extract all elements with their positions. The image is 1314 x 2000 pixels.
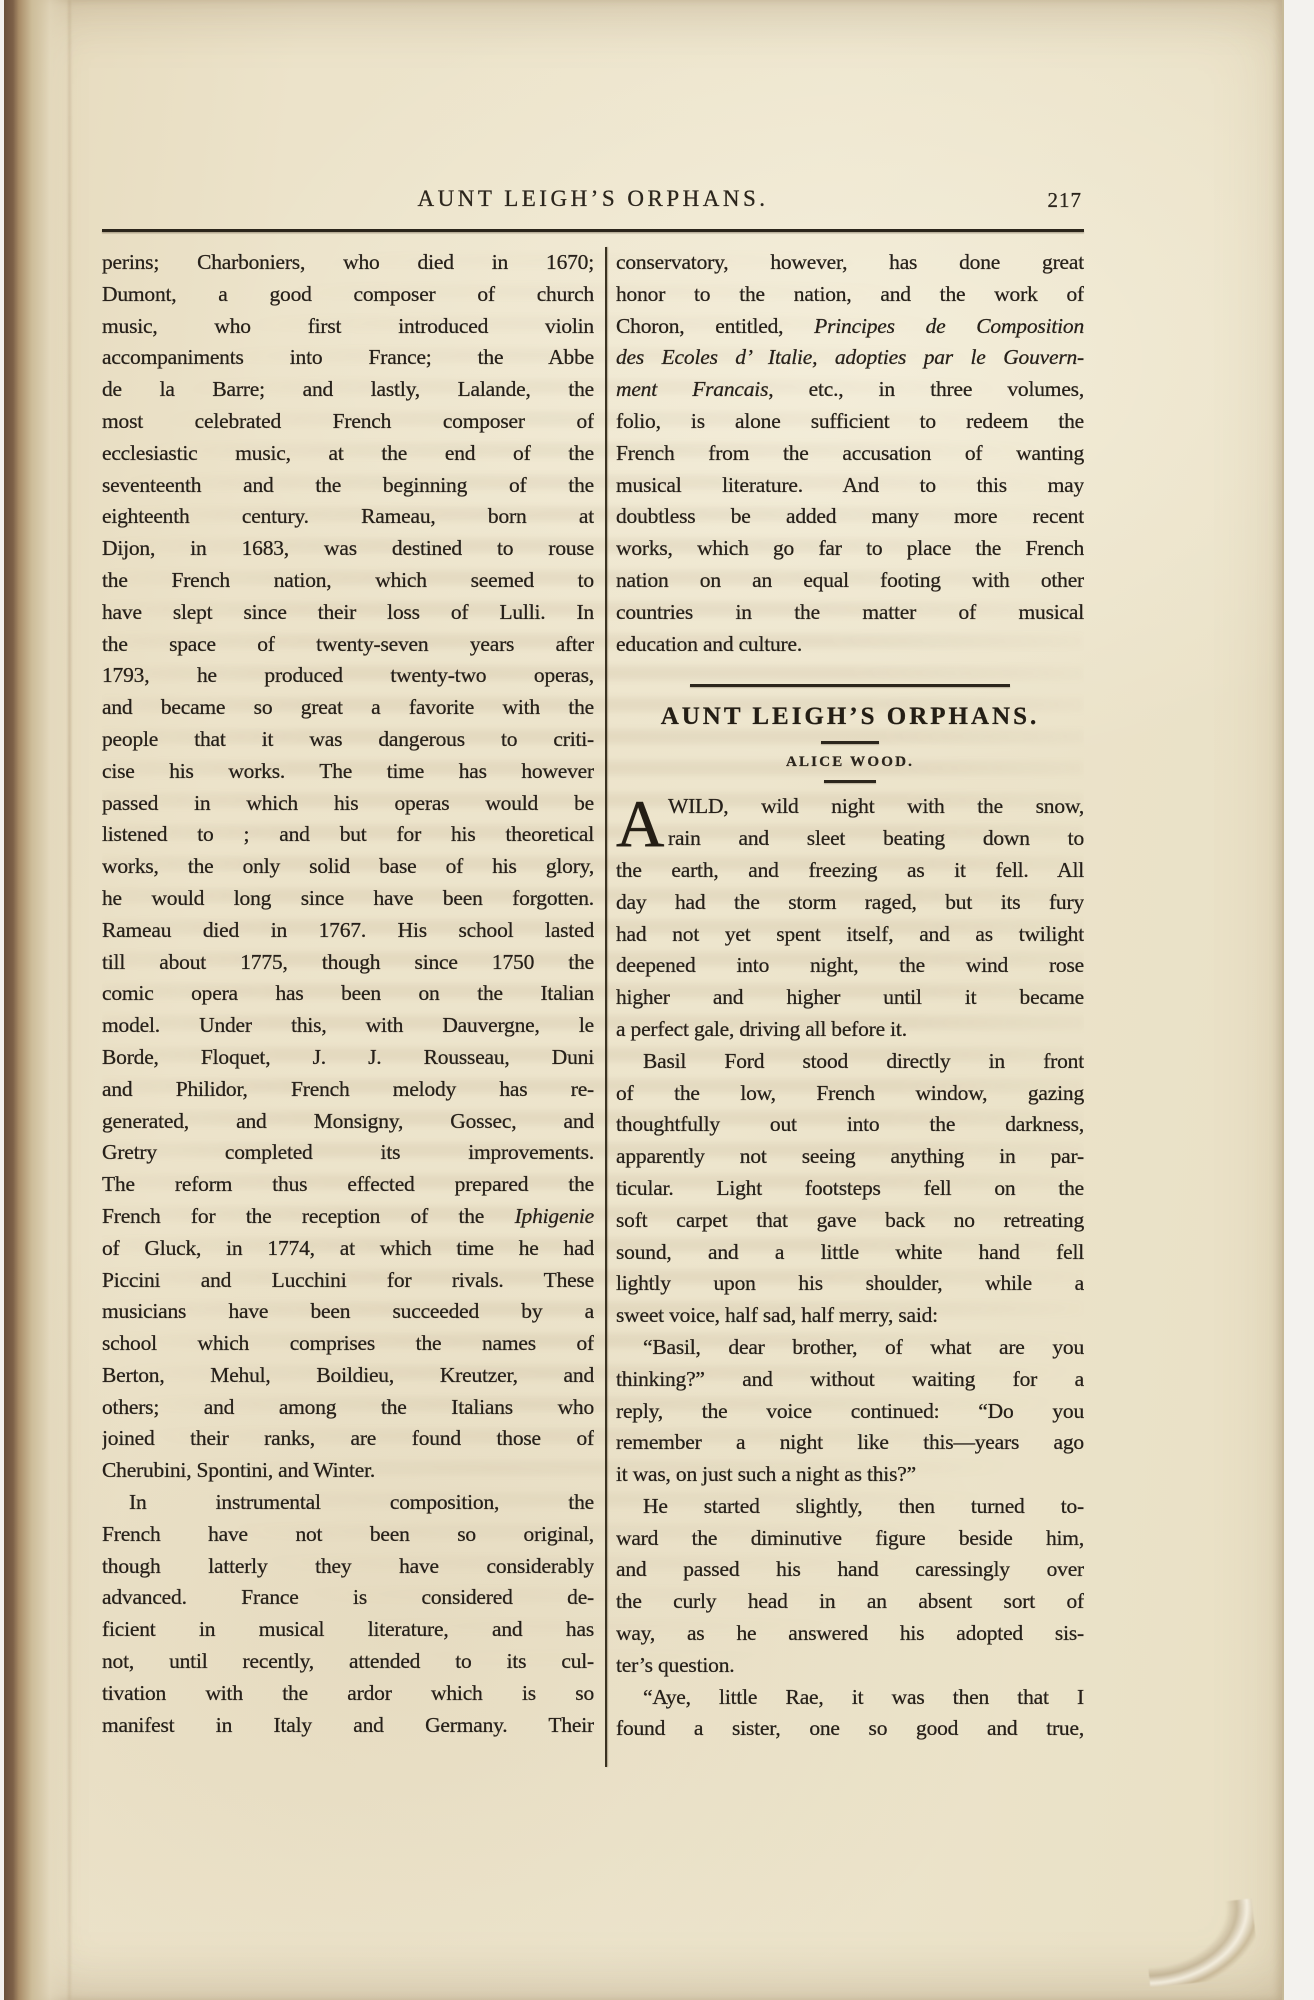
text-line: Berton, Mehul, Boildieu, Kreutzer, and — [102, 1360, 594, 1392]
text-run: perins; Charboniers, who died in 1670; — [102, 250, 594, 274]
text-run: comic opera has been on the Italian — [102, 981, 594, 1005]
text-line: joined their ranks, are found those of — [102, 1423, 594, 1455]
text-line: Cherubini, Spontini, and Winter. — [102, 1455, 594, 1487]
text-run: “Basil, dear brother, of what are you — [643, 1335, 1084, 1359]
text-line: cise his works. The time has however — [102, 756, 594, 788]
text-line: musicians have been succeeded by a — [102, 1296, 594, 1328]
text-run: doubtless be added many more recent — [616, 504, 1084, 528]
text-line: doubtless be added many more recent — [616, 501, 1084, 533]
paragraph: AWILD, wild night with the snow,rain and… — [616, 791, 1084, 1045]
text-run: school which comprises the names of — [102, 1331, 594, 1355]
text-run: the space of twenty-seven years after — [102, 632, 594, 656]
text-line: till about 1775, though since 1750 the — [102, 947, 594, 979]
text-line: reply, the voice continued: “Do you — [616, 1396, 1084, 1428]
paragraph: Basil Ford stood directly in frontof the… — [616, 1046, 1084, 1332]
text-run: rain and sleet beating down to — [668, 826, 1084, 850]
text-line: ficient in musical literature, and has — [102, 1614, 594, 1646]
text-run: found a sister, one so good and true, — [616, 1716, 1084, 1740]
text-run: way, as he answered his adopted sis- — [616, 1621, 1084, 1645]
text-run: have slept since their loss of Lulli. In — [102, 600, 594, 624]
header-rule — [102, 229, 1084, 232]
text-run: honor to the nation, and the work of — [616, 282, 1084, 306]
text-run: accompaniments into France; the Abbe — [102, 345, 594, 369]
text-line: Dijon, in 1683, was destined to rouse — [102, 533, 594, 565]
text-line: Borde, Floquet, J. J. Rousseau, Duni — [102, 1042, 594, 1074]
text-run: thinking?” and without waiting for a — [616, 1367, 1084, 1391]
text-line: higher and higher until it became — [616, 982, 1084, 1014]
text-run: had not yet spent itself, and as twiligh… — [616, 922, 1084, 946]
text-line: people that it was dangerous to criti- — [102, 724, 594, 756]
text-line: seventeenth and the beginning of the — [102, 470, 594, 502]
text-run: folio, is alone sufficient to redeem the — [616, 409, 1084, 433]
text-run: de la Barre; and lastly, Lalande, the — [102, 377, 594, 401]
text-run: joined their ranks, are found those of — [102, 1426, 594, 1450]
text-line: WILD, wild night with the snow, — [616, 791, 1084, 823]
text-line: ment Francais, etc., in three volumes, — [616, 374, 1084, 406]
text-line: perins; Charboniers, who died in 1670; — [102, 247, 594, 279]
text-run: eighteenth century. Rameau, born at — [102, 504, 594, 528]
text-line: tivation with the ardor which is so — [102, 1678, 594, 1710]
section-rule — [690, 684, 1010, 687]
running-head: AUNT LEIGH’S ORPHANS. — [102, 186, 1084, 212]
text-line: generated, and Monsigny, Gossec, and — [102, 1106, 594, 1138]
text-run: listened to ; and but for his theoretica… — [102, 822, 594, 846]
text-run: Dijon, in 1683, was destined to rouse — [102, 536, 594, 560]
text-run: generated, and Monsigny, Gossec, and — [102, 1109, 594, 1133]
paragraph: “Basil, dear brother, of what are youthi… — [616, 1332, 1084, 1491]
text-run: till about 1775, though since 1750 the — [102, 950, 594, 974]
text-run: and became so great a favorite with the — [102, 695, 594, 719]
text-line: honor to the nation, and the work of — [616, 279, 1084, 311]
text-run: musicians have been succeeded by a — [102, 1299, 594, 1323]
text-run: the French nation, which seemed to — [102, 568, 594, 592]
story-byline: ALICE WOOD. — [616, 752, 1084, 772]
text-run: French have not been so original, — [102, 1522, 594, 1546]
text-run: ter’s question. — [616, 1653, 734, 1677]
text-line: the French nation, which seemed to — [102, 565, 594, 597]
text-run: tivation with the ardor which is so — [102, 1681, 594, 1705]
text-run: conservatory, however, has done great — [616, 250, 1084, 274]
text-line: de la Barre; and lastly, Lalande, the — [102, 374, 594, 406]
story-title: AUNT LEIGH’S ORPHANS. — [616, 701, 1084, 733]
text-run: thoughtfully out into the darkness, — [616, 1112, 1084, 1136]
text-run: Piccini and Lucchini for rivals. These — [102, 1268, 594, 1292]
text-line: school which comprises the names of — [102, 1328, 594, 1360]
text-line: eighteenth century. Rameau, born at — [102, 501, 594, 533]
text-line: ter’s question. — [616, 1650, 1084, 1682]
text-run: Cherubini, Spontini, and Winter. — [102, 1458, 375, 1482]
text-line: accompaniments into France; the Abbe — [102, 342, 594, 374]
text-line: The reform thus effected prepared the — [102, 1169, 594, 1201]
right-column: conservatory, however, has done greathon… — [616, 247, 1084, 1745]
text-run: reply, the voice continued: “Do you — [616, 1399, 1084, 1423]
text-run: He started slightly, then turned to- — [643, 1494, 1084, 1518]
text-line: passed in which his operas would be — [102, 788, 594, 820]
text-run: a perfect gale, driving all before it. — [616, 1017, 907, 1041]
text-line: found a sister, one so good and true, — [616, 1713, 1084, 1745]
text-run: ecclesiastic music, at the end of the — [102, 441, 594, 465]
text-run: musical literature. And to this may — [616, 473, 1084, 497]
text-line: and became so great a favorite with the — [102, 692, 594, 724]
text-run: it was, on just such a night as this?” — [616, 1462, 916, 1486]
gutter-crease — [68, 0, 71, 2000]
text-line: it was, on just such a night as this?” — [616, 1459, 1084, 1491]
text-line: had not yet spent itself, and as twiligh… — [616, 919, 1084, 951]
paper-sheet: AUNT LEIGH’S ORPHANS. 217 perins; Charbo… — [4, 0, 1284, 2000]
text-line: have slept since their loss of Lulli. In — [102, 597, 594, 629]
text-line: model. Under this, with Dauvergne, le — [102, 1010, 594, 1042]
text-run: Basil Ford stood directly in front — [643, 1049, 1084, 1073]
text-run: seventeenth and the beginning of the — [102, 473, 594, 497]
text-run: In instrumental composition, the — [129, 1490, 594, 1514]
section-rule — [821, 741, 879, 744]
text-run: soft carpet that gave back no retreating — [616, 1208, 1084, 1232]
text-run: of the low, French window, gazing — [616, 1081, 1084, 1105]
paragraph: In instrumental composition, theFrench h… — [102, 1487, 594, 1741]
text-line: nation on an equal footing with other — [616, 565, 1084, 597]
text-line: He started slightly, then turned to- — [616, 1491, 1084, 1523]
text-line: manifest in Italy and Germany. Their — [102, 1710, 594, 1742]
text-line: lightly upon his shoulder, while a — [616, 1268, 1084, 1300]
text-line: works, the only solid base of his glory, — [102, 851, 594, 883]
text-line: sound, and a little white hand fell — [616, 1237, 1084, 1269]
text-run: advanced. France is considered de- — [102, 1585, 594, 1609]
text-line: remember a night like this—years ago — [616, 1427, 1084, 1459]
text-run: The reform thus effected prepared the — [102, 1172, 594, 1196]
scanned-book-page: AUNT LEIGH’S ORPHANS. 217 perins; Charbo… — [0, 0, 1314, 2000]
text-line: music, who first introduced violin — [102, 311, 594, 343]
text-run: countries in the matter of musical — [616, 600, 1084, 624]
text-run: and passed his hand caressingly over — [616, 1557, 1084, 1581]
text-line: rain and sleet beating down to — [616, 823, 1084, 855]
text-line: Rameau died in 1767. His school lasted — [102, 915, 594, 947]
text-line: Dumont, a good composer of church — [102, 279, 594, 311]
column-divider-rule — [605, 247, 607, 1767]
text-line: the space of twenty-seven years after — [102, 629, 594, 661]
text-line: 1793, he produced twenty-two operas, — [102, 660, 594, 692]
text-run: Rameau died in 1767. His school lasted — [102, 918, 594, 942]
text-line: education and culture. — [616, 629, 1084, 661]
text-run: he would long since have been forgotten. — [102, 886, 594, 910]
text-run: ficient in musical literature, and has — [102, 1617, 594, 1641]
italic-text: Iphigenie — [515, 1204, 594, 1228]
text-line: conservatory, however, has done great — [616, 247, 1084, 279]
text-run: “Aye, little Rae, it was then that I — [643, 1685, 1084, 1709]
text-run: and Philidor, French melody has re- — [102, 1077, 594, 1101]
text-run: nation on an equal footing with other — [616, 568, 1084, 592]
paragraph: conservatory, however, has done greathon… — [616, 247, 1084, 660]
text-line: Piccini and Lucchini for rivals. These — [102, 1265, 594, 1297]
paragraph: “Aye, little Rae, it was then that Ifoun… — [616, 1682, 1084, 1746]
text-run: sweet voice, half sad, half merry, said: — [616, 1303, 938, 1327]
text-run: French from the accusation of wanting — [616, 441, 1084, 465]
text-run: , etc., in three volumes, — [768, 377, 1084, 401]
text-run: education and culture. — [616, 632, 802, 656]
text-line: and passed his hand caressingly over — [616, 1554, 1084, 1586]
text-run: most celebrated French composer of — [102, 409, 594, 433]
text-run: Dumont, a good composer of church — [102, 282, 594, 306]
text-line: not, until recently, attended to its cul… — [102, 1646, 594, 1678]
text-run: ticular. Light footsteps fell on the — [616, 1176, 1084, 1200]
text-line: musical literature. And to this may — [616, 470, 1084, 502]
italic-text: ment Francais — [616, 377, 768, 401]
text-line: soft carpet that gave back no retreating — [616, 1205, 1084, 1237]
text-columns: perins; Charboniers, who died in 1670;Du… — [102, 247, 1084, 1787]
text-line: of Gluck, in 1774, at which time he had — [102, 1233, 594, 1265]
text-line: most celebrated French composer of — [102, 406, 594, 438]
page-left-edge — [4, 0, 74, 2000]
paragraph: He started slightly, then turned to-ward… — [616, 1491, 1084, 1682]
text-line: countries in the matter of musical — [616, 597, 1084, 629]
text-line: “Aye, little Rae, it was then that I — [616, 1682, 1084, 1714]
text-line: des Ecoles d’ Italie, adopties par le Go… — [616, 342, 1084, 374]
text-line: Basil Ford stood directly in front — [616, 1046, 1084, 1078]
corner-curl — [1142, 1898, 1260, 1987]
paragraph: perins; Charboniers, who died in 1670;Du… — [102, 247, 594, 1487]
text-line: ticular. Light footsteps fell on the — [616, 1173, 1084, 1205]
text-line: sweet voice, half sad, half merry, said: — [616, 1300, 1084, 1332]
text-run: 1793, he produced twenty-two operas, — [102, 663, 594, 687]
text-line: thoughtfully out into the darkness, — [616, 1109, 1084, 1141]
text-run: people that it was dangerous to criti- — [102, 727, 594, 751]
text-run: Choron, entitled, — [616, 314, 814, 338]
text-line: deepened into night, the wind rose — [616, 950, 1084, 982]
text-run: French for the reception of the — [102, 1204, 515, 1228]
text-run: Berton, Mehul, Boildieu, Kreutzer, and — [102, 1363, 594, 1387]
text-run: not, until recently, attended to its cul… — [102, 1649, 594, 1673]
text-line: a perfect gale, driving all before it. — [616, 1014, 1084, 1046]
page-header: AUNT LEIGH’S ORPHANS. 217 — [102, 186, 1084, 216]
text-line: French from the accusation of wanting — [616, 438, 1084, 470]
text-line: French for the reception of the Iphigeni… — [102, 1201, 594, 1233]
text-line: and Philidor, French melody has re- — [102, 1074, 594, 1106]
text-line: the earth, and freezing as it fell. All — [616, 855, 1084, 887]
text-line: Choron, entitled, Principes de Compositi… — [616, 311, 1084, 343]
text-line: he would long since have been forgotten. — [102, 883, 594, 915]
text-run: Borde, Floquet, J. J. Rousseau, Duni — [102, 1045, 594, 1069]
text-run: sound, and a little white hand fell — [616, 1240, 1084, 1264]
text-line: way, as he answered his adopted sis- — [616, 1618, 1084, 1650]
text-line: French have not been so original, — [102, 1519, 594, 1551]
text-run: apparently not seeing anything in par- — [616, 1144, 1084, 1168]
text-line: the curly head in an absent sort of — [616, 1586, 1084, 1618]
text-run: cise his works. The time has however — [102, 759, 594, 783]
text-run: passed in which his operas would be — [102, 791, 594, 815]
text-run: works, the only solid base of his glory, — [102, 854, 594, 878]
text-run: remember a night like this—years ago — [616, 1430, 1084, 1454]
italic-text: des Ecoles d’ Italie, adopties par le Go… — [616, 345, 1084, 369]
page-number: 217 — [1048, 188, 1083, 213]
text-line: apparently not seeing anything in par- — [616, 1141, 1084, 1173]
text-line: ward the diminutive figure beside him, — [616, 1523, 1084, 1555]
text-line: ecclesiastic music, at the end of the — [102, 438, 594, 470]
text-line: others; and among the Italians who — [102, 1392, 594, 1424]
text-run: though latterly they have considerably — [102, 1554, 594, 1578]
text-line: listened to ; and but for his theoretica… — [102, 819, 594, 851]
text-run: ward the diminutive figure beside him, — [616, 1526, 1084, 1550]
text-run: of Gluck, in 1774, at which time he had — [102, 1236, 594, 1260]
text-run: works, which go far to place the French — [616, 536, 1084, 560]
text-line: thinking?” and without waiting for a — [616, 1364, 1084, 1396]
text-run: lightly upon his shoulder, while a — [616, 1271, 1084, 1295]
text-line: folio, is alone sufficient to redeem the — [616, 406, 1084, 438]
text-run: manifest in Italy and Germany. Their — [102, 1713, 594, 1737]
italic-text: Principes de Composition — [814, 314, 1084, 338]
text-line: advanced. France is considered de- — [102, 1582, 594, 1614]
text-line: day had the storm raged, but its fury — [616, 887, 1084, 919]
text-run: higher and higher until it became — [616, 985, 1084, 1009]
left-column: perins; Charboniers, who died in 1670;Du… — [102, 247, 594, 1741]
section-rule — [824, 780, 876, 783]
text-run: the earth, and freezing as it fell. All — [616, 858, 1084, 882]
text-run: music, who first introduced violin — [102, 314, 594, 338]
text-line: In instrumental composition, the — [102, 1487, 594, 1519]
text-run: others; and among the Italians who — [102, 1395, 594, 1419]
text-line: works, which go far to place the French — [616, 533, 1084, 565]
text-run: model. Under this, with Dauvergne, le — [102, 1013, 594, 1037]
text-line: comic opera has been on the Italian — [102, 978, 594, 1010]
text-line: “Basil, dear brother, of what are you — [616, 1332, 1084, 1364]
text-run: the curly head in an absent sort of — [616, 1589, 1084, 1613]
text-run: deepened into night, the wind rose — [616, 953, 1084, 977]
text-line: though latterly they have considerably — [102, 1551, 594, 1583]
text-run: day had the storm raged, but its fury — [616, 890, 1084, 914]
text-run: Gretry completed its improvements. — [102, 1140, 594, 1164]
text-line: of the low, French window, gazing — [616, 1078, 1084, 1110]
text-line: Gretry completed its improvements. — [102, 1137, 594, 1169]
text-run: WILD, wild night with the snow, — [668, 794, 1084, 818]
